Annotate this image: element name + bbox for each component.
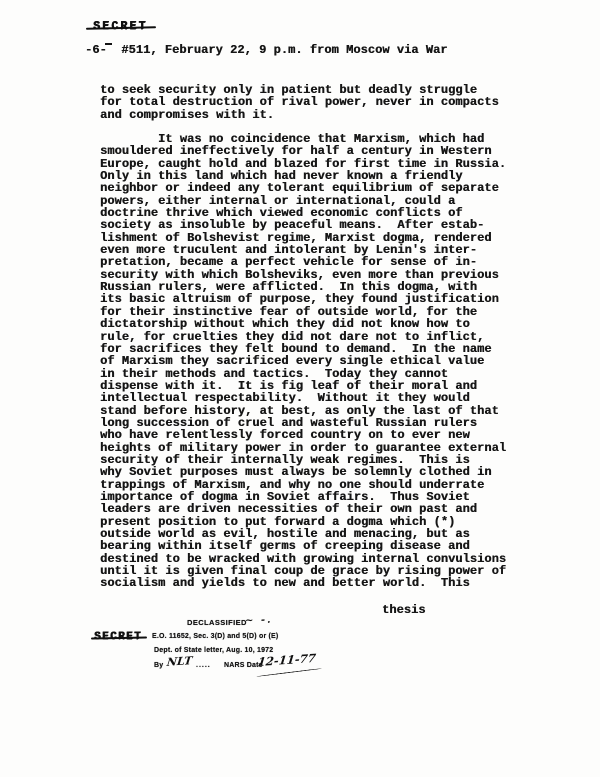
body-paragraph-2: It was no coincidence that Marxism, whic… — [100, 133, 506, 590]
pencil-marks: ~ -. — [245, 615, 273, 627]
body-paragraph-1: to seek security only in patient but dea… — [100, 84, 499, 121]
archivist-initials-handwriting: NLT — [166, 655, 192, 668]
dept-of-state-line: Dept. of State letter, Aug. 10, 1972 — [154, 647, 273, 655]
telegram-heading: -6- #511, February 22, 9 p.m. from Mosco… — [85, 44, 448, 56]
executive-order-line: E.O. 11652, Sec. 3(D) and 5(D) or (E) — [152, 633, 278, 641]
by-line-dots: ..... — [196, 662, 211, 670]
by-label: By — [154, 662, 163, 670]
carryover-word: thesis — [382, 604, 426, 616]
declassified-stamp: DECLASSIFIED — [187, 619, 247, 627]
date-handwriting: 12-11-77 — [257, 653, 316, 668]
pen-sweep-stroke — [256, 668, 322, 677]
scanned-telegram-page: SECRET -6- #511, February 22, 9 p.m. fro… — [0, 0, 600, 777]
